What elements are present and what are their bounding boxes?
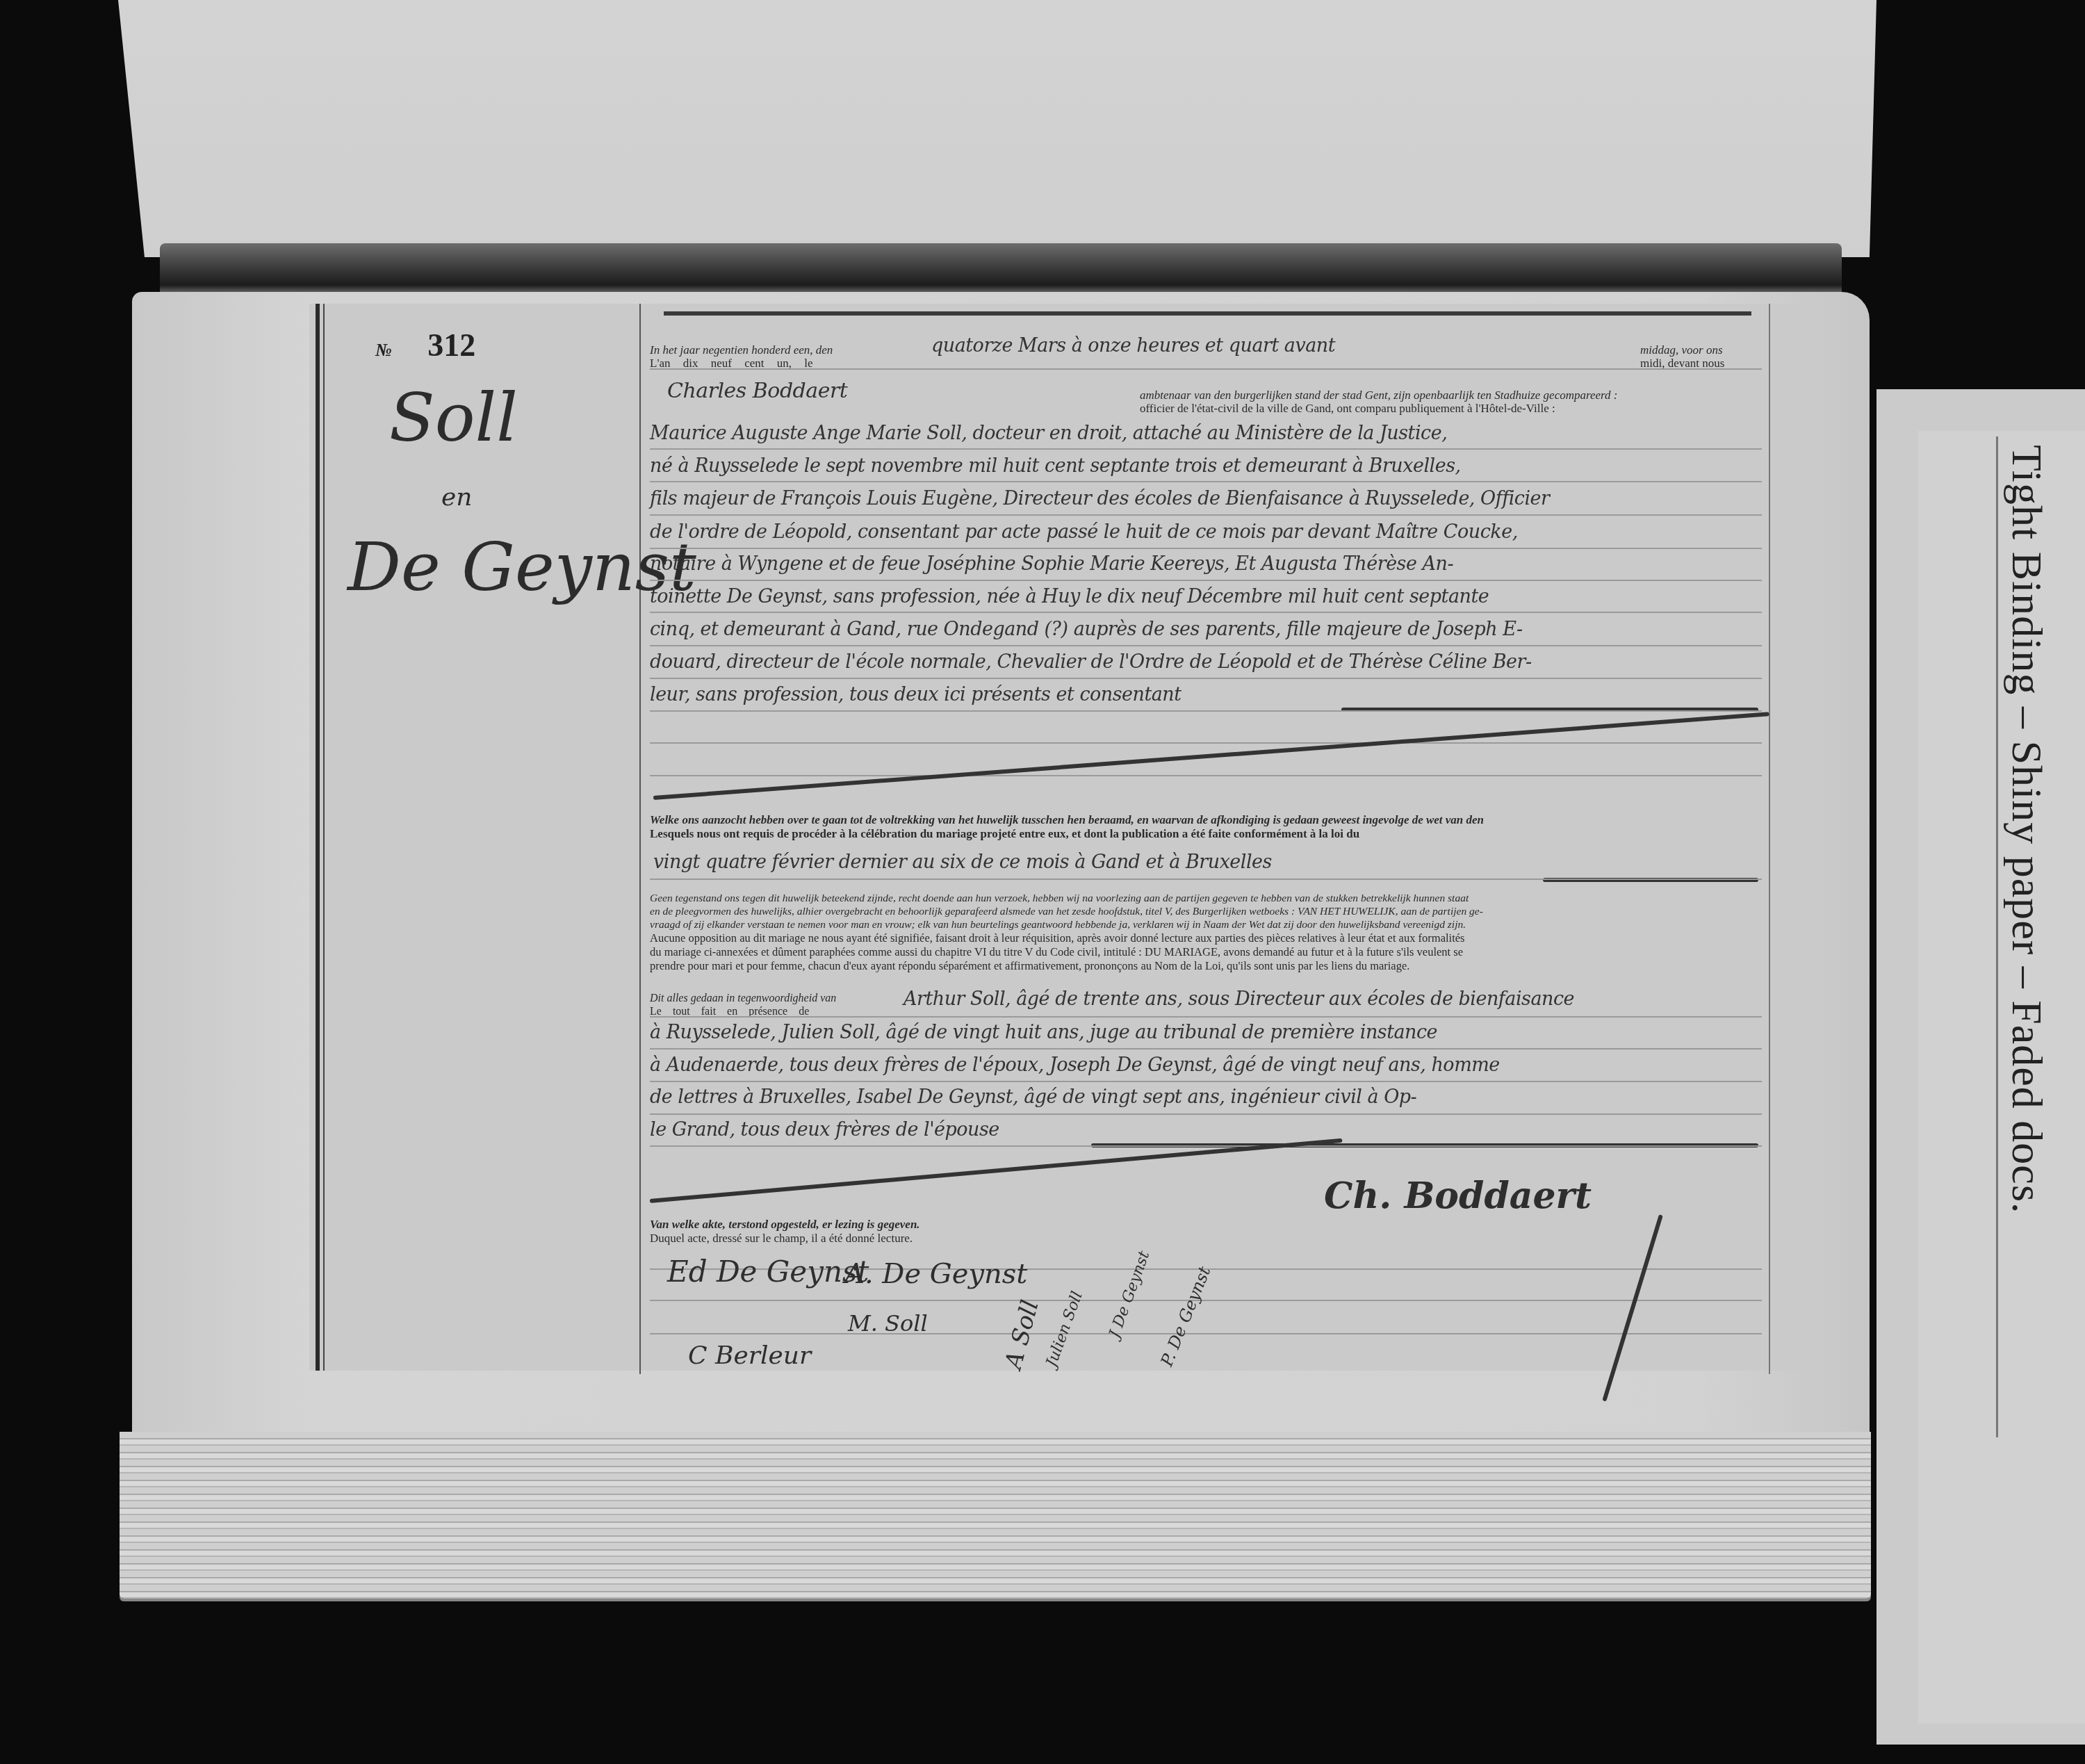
ruled-line (650, 612, 1762, 613)
top-rule (664, 311, 1751, 316)
opening-nl-after: middag, voor ons (1640, 343, 1723, 357)
signature-officer: Ch. Boddaert (1324, 1175, 1592, 1217)
publication-fr: Lesquels nous ont requis de procéder à l… (650, 827, 1762, 841)
conjunction: en (441, 483, 473, 512)
side-label-text: Tight Binding – Shiny paper – Faded docs… (2002, 445, 2051, 1214)
act-number-value: 312 (427, 327, 475, 363)
ruled-line (650, 775, 1762, 776)
margin-rule-thin (323, 304, 325, 1371)
side-label: Tight Binding – Shiny paper – Faded docs… (2002, 445, 2071, 1487)
groom-surname: Soll (389, 379, 518, 457)
declaration-fr: Aucune opposition au dit mariage ne nous… (650, 931, 1769, 973)
declaration-nl-line: en de pleegvormen des huwelijks, alhier … (650, 905, 1769, 918)
declaration-nl-line: vraagd of zij elkander verstaan te nemen… (650, 918, 1769, 931)
signature-c-berleur: C Berleur (688, 1341, 811, 1370)
ruled-line (650, 1333, 1762, 1334)
witnesses-nl: Dit alles gedaan in tegenwoordigheid van (650, 992, 836, 1006)
side-label-rule (1996, 436, 1998, 1437)
ruled-line (650, 879, 1762, 880)
parties-line: fils majeur de François Louis Eugène, Di… (650, 488, 1549, 509)
parties-line: né à Ruysselede le sept novembre mil hui… (650, 455, 1461, 477)
declaration-fr-line: du mariage ci-annexées et dûment paraphé… (650, 945, 1769, 959)
closing-nl: Van welke akte, terstond opgesteld, er l… (650, 1218, 920, 1232)
ruled-line (650, 1145, 1762, 1147)
parties-line: cinq, et demeurant à Gand, rue Ondegand … (650, 619, 1523, 640)
ruled-line (650, 1113, 1762, 1115)
right-margin-divider (1769, 304, 1770, 1374)
ruled-line (650, 742, 1762, 744)
date-handwritten: quatorze Mars à onze heures et quart ava… (931, 335, 1335, 357)
act-number-prefix: № (375, 340, 392, 360)
publication-nl: Welke ons aanzocht hebben over te gaan t… (650, 813, 1762, 827)
declaration-fr-line: Aucune opposition au dit mariage ne nous… (650, 931, 1769, 945)
signature-m-soll: M. Soll (848, 1310, 928, 1337)
witness-line: le Grand, tous deux frères de l'épouse (650, 1119, 999, 1141)
opening-nl: In het jaar negentien honderd een, den (650, 343, 858, 357)
parties-line: Maurice Auguste Ange Marie Soll, docteur… (650, 423, 1447, 444)
page-edges-stack (120, 1432, 1871, 1599)
ruled-line (650, 580, 1762, 581)
parties-line: de l'ordre de Léopold, consentant par ac… (650, 521, 1518, 543)
bride-surname: De Geynst (347, 528, 696, 606)
closing-fr: Duquel acte, dressé sur le champ, il a é… (650, 1232, 913, 1246)
margin-rule (316, 304, 320, 1371)
officer-name-handwritten: Charles Boddaert (667, 379, 847, 403)
ruled-line (650, 548, 1762, 549)
parties-line: toinette De Geynst, sans profession, née… (650, 586, 1489, 607)
parties-line: notaire à Wyngene et de feue Joséphine S… (650, 553, 1453, 575)
ruled-line (650, 514, 1762, 516)
ruled-line (650, 710, 1762, 712)
ruled-line (650, 1081, 1762, 1082)
signature-ed-de-geynst: Ed De Geynst (667, 1255, 869, 1289)
column-divider (639, 304, 641, 1374)
ruled-line (650, 1300, 1762, 1301)
page-gutter-shadow (160, 243, 1842, 299)
ruled-line (650, 645, 1762, 646)
ruled-line (650, 481, 1762, 482)
officer-fr: officier de l'état-civil de la ville de … (1140, 402, 1555, 416)
declaration-nl-line: Geen tegenstand ons tegen dit huwelijk b… (650, 892, 1769, 905)
witness-line: Arthur Soll, âgé de trente ans, sous Dir… (903, 988, 1574, 1010)
witness-line: de lettres à Bruxelles, Isabel De Geynst… (650, 1086, 1416, 1108)
ruled-line (650, 1016, 1762, 1018)
ruled-line (650, 1048, 1762, 1050)
ruled-line (650, 678, 1762, 679)
declaration-nl: Geen tegenstand ons tegen dit huwelijk b… (650, 892, 1769, 931)
officer-nl: ambtenaar van den burgerlijken stand der… (1140, 389, 1617, 402)
publication-handwritten: vingt quatre février dernier au six de c… (653, 851, 1272, 873)
signature-a-de-geynst: A. De Geynst (844, 1258, 1027, 1290)
ruled-line (650, 448, 1762, 450)
parties-line: douard, directeur de l'école normale, Ch… (650, 651, 1532, 673)
witness-line: à Ruysselede, Julien Soll, âgé de vingt … (650, 1022, 1437, 1043)
declaration-fr-line: prendre pour mari et pour femme, chacun … (650, 959, 1769, 973)
witness-line: à Audenaerde, tous deux frères de l'épou… (650, 1054, 1500, 1076)
act-number: № 312 (375, 327, 475, 364)
facing-page-blank (118, 0, 1876, 257)
ruled-line (650, 368, 1762, 370)
parties-line: leur, sans profession, tous deux ici pré… (650, 684, 1181, 705)
